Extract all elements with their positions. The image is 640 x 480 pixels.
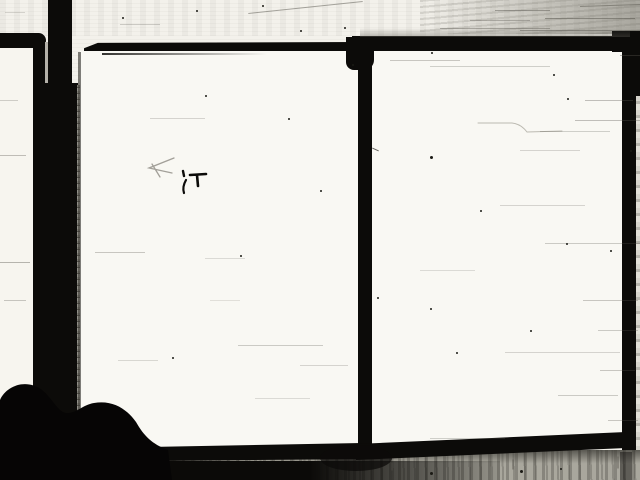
- film-scratch: [120, 24, 160, 25]
- film-scratch: [205, 258, 245, 259]
- film-scratch: [585, 100, 633, 101]
- film-scratch: [520, 150, 580, 151]
- film-speck: [240, 255, 242, 257]
- film-speck: [320, 190, 322, 192]
- film-speck: [520, 470, 523, 473]
- film-scratch: [513, 460, 514, 470]
- film-scratch: [5, 12, 25, 13]
- scanned-book-spread: [0, 0, 640, 480]
- film-scratch: [470, 20, 530, 21]
- film-speck: [122, 17, 124, 19]
- film-scratch: [118, 360, 158, 361]
- film-scratch: [390, 60, 460, 61]
- film-scratch: [608, 420, 638, 421]
- film-speck: [630, 150, 632, 152]
- film-speck: [480, 210, 482, 212]
- film-speck: [352, 64, 354, 66]
- film-scratch: [575, 120, 640, 121]
- film-scratch: [248, 1, 362, 14]
- film-speck: [610, 250, 612, 252]
- film-speck: [300, 30, 302, 32]
- film-scratch: [495, 10, 550, 11]
- film-scratch: [598, 330, 638, 331]
- film-speck: [530, 330, 532, 332]
- film-speck: [288, 118, 290, 120]
- film-speck: [430, 472, 433, 475]
- film-scratch: [505, 352, 620, 353]
- film-scratch: [300, 365, 348, 366]
- film-scratch: [420, 270, 475, 271]
- film-scratch: [600, 370, 635, 371]
- film-speck: [567, 98, 569, 100]
- film-scratch: [545, 18, 635, 19]
- film-speck: [196, 10, 198, 12]
- film-scratch: [580, 4, 640, 7]
- film-scratch: [430, 66, 550, 67]
- film-scratch: [238, 345, 323, 346]
- film-scratch: [4, 300, 26, 301]
- film-scratch: [95, 252, 145, 253]
- film-speck: [560, 468, 562, 470]
- film-scratch: [558, 395, 618, 396]
- film-scratch: [540, 131, 610, 132]
- film-artifact-layer: [0, 0, 640, 480]
- film-scratch: [0, 100, 18, 101]
- film-scratch: [0, 262, 30, 263]
- film-scratch: [618, 457, 619, 469]
- film-speck: [553, 74, 555, 76]
- film-scratch: [392, 463, 393, 471]
- film-scratch: [372, 148, 379, 152]
- film-speck: [344, 27, 346, 29]
- film-speck: [456, 352, 458, 354]
- film-scratch: [620, 55, 640, 56]
- film-scratch: [150, 118, 205, 119]
- film-scratch: [0, 155, 26, 156]
- film-speck: [566, 243, 568, 245]
- film-scratch: [520, 30, 640, 31]
- film-speck: [430, 156, 433, 159]
- film-scratch: [440, 28, 550, 29]
- film-speck: [431, 52, 433, 54]
- film-speck: [262, 5, 264, 7]
- film-speck: [377, 297, 379, 299]
- film-speck: [172, 357, 174, 359]
- film-speck: [205, 95, 207, 97]
- film-scratch: [255, 398, 310, 399]
- film-speck: [430, 308, 432, 310]
- film-scratch: [545, 243, 640, 244]
- film-scratch: [210, 300, 240, 301]
- film-scratch: [583, 300, 638, 301]
- film-scratch: [500, 205, 585, 206]
- film-scratch: [430, 438, 505, 439]
